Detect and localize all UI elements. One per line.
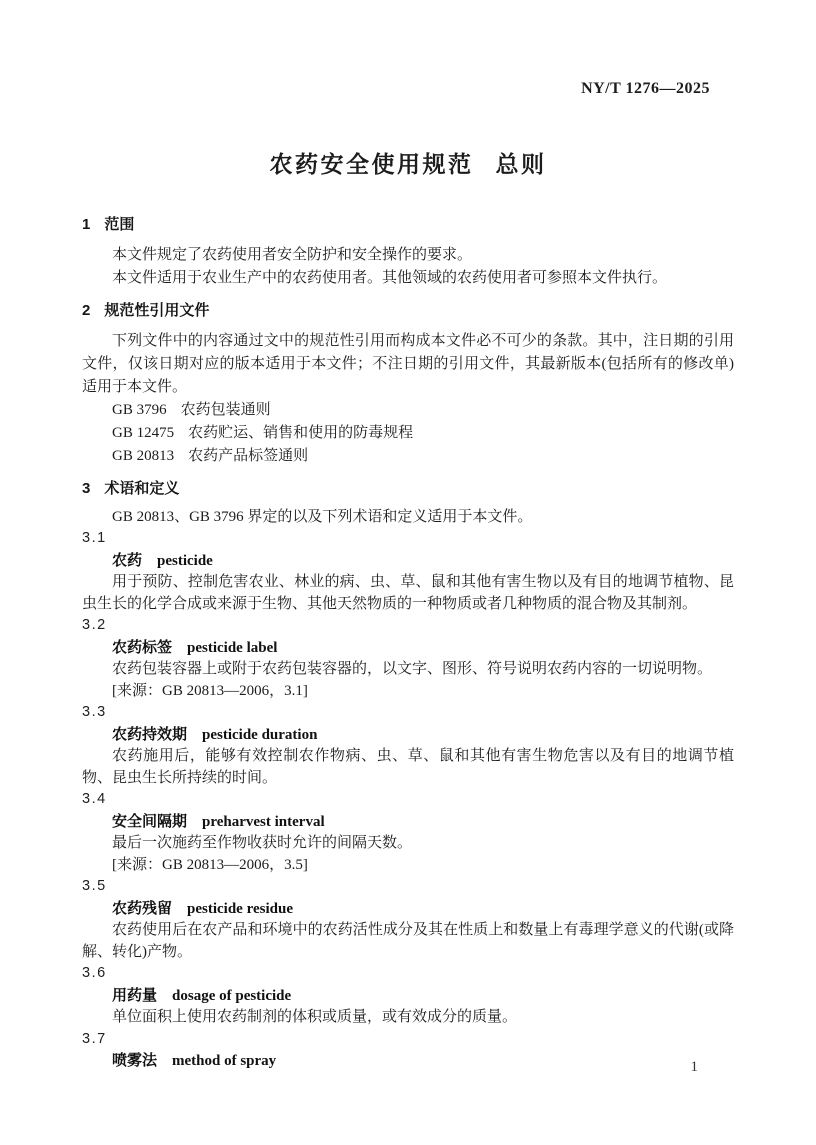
- term-definition: 农药使用后在农产品和环境中的农药活性成分及其在性质上和数量上有毒理学意义的代谢(…: [82, 920, 734, 963]
- term-name-en: method of spray: [172, 1053, 276, 1069]
- terms-list: 3.1 农药pesticide 用于预防、控制危害农业、林业的病、虫、草、鼠和其…: [82, 528, 734, 1073]
- reference-item: GB 3796农药包装通则: [112, 399, 734, 422]
- reference-list: GB 3796农药包装通则 GB 12475农药贮运、销售和使用的防毒规程 GB…: [82, 399, 734, 468]
- term-heading: 农药残留pesticide residue: [112, 898, 734, 921]
- reference-title: 农药包装通则: [181, 402, 271, 418]
- section-heading-text: 范围: [104, 216, 134, 233]
- clause-number: 3.4: [82, 789, 734, 811]
- term-3-4: 3.4 安全间隔期preharvest interval 最后一次施药至作物收获…: [82, 789, 734, 876]
- reference-title: 农药贮运、销售和使用的防毒规程: [188, 425, 413, 441]
- term-definition: 最后一次施药至作物收获时允许的间隔天数。: [82, 833, 734, 855]
- term-name-cn: 农药残留: [112, 900, 172, 917]
- term-heading: 用药量dosage of pesticide: [112, 985, 734, 1008]
- term-definition: 农药施用后，能够有效控制农作物病、虫、草、鼠和其他有害生物危害以及有目的地调节植…: [82, 746, 734, 789]
- clause-number: 3.1: [82, 528, 734, 550]
- section-2-heading: 2规范性引用文件: [82, 300, 734, 322]
- term-name-cn: 用药量: [112, 987, 157, 1004]
- clause-number: 3.3: [82, 702, 734, 724]
- term-3-5: 3.5 农药残留pesticide residue 农药使用后在农产品和环境中的…: [82, 876, 734, 963]
- term-3-6: 3.6 用药量dosage of pesticide 单位面积上使用农药制剂的体…: [82, 963, 734, 1029]
- reference-code: GB 12475: [112, 425, 174, 441]
- document-page: NY/T 1276—2025 农药安全使用规范总则 1范围 本文件规定了农药使用…: [0, 0, 816, 1145]
- section-heading-text: 规范性引用文件: [104, 302, 209, 319]
- term-name-en: pesticide duration: [202, 727, 317, 743]
- term-3-7: 3.7 喷雾法method of spray: [82, 1029, 734, 1073]
- term-3-3: 3.3 农药持效期pesticide duration 农药施用后，能够有效控制…: [82, 702, 734, 789]
- term-name-en: preharvest interval: [202, 814, 325, 830]
- term-definition: 单位面积上使用农药制剂的体积或质量，或有效成分的质量。: [82, 1007, 734, 1029]
- term-name-en: pesticide: [157, 553, 213, 569]
- term-3-2: 3.2 农药标签pesticide label 农药包装容器上或附于农药包装容器…: [82, 615, 734, 702]
- section-number: 3: [82, 480, 90, 497]
- section-1-heading: 1范围: [82, 214, 734, 236]
- page-number: 1: [691, 1059, 699, 1076]
- clause-number: 3.5: [82, 876, 734, 898]
- term-heading: 农药标签pesticide label: [112, 637, 734, 660]
- clause-number: 3.2: [82, 615, 734, 637]
- term-heading: 安全间隔期preharvest interval: [112, 811, 734, 834]
- paragraph-scope-2: 本文件适用于农业生产中的农药使用者。其他领域的农药使用者可参照本文件执行。: [82, 267, 734, 290]
- title-main: 农药安全使用规范: [270, 151, 474, 177]
- term-source: [来源：GB 20813—2006，3.1]: [112, 681, 734, 703]
- section-number: 1: [82, 216, 90, 233]
- clause-number: 3.7: [82, 1029, 734, 1051]
- standard-code: NY/T 1276—2025: [581, 80, 710, 98]
- term-name-cn: 农药标签: [112, 639, 172, 656]
- term-name-cn: 农药: [112, 552, 142, 569]
- paragraph-normative-intro: 下列文件中的内容通过文中的规范性引用而构成本文件必不可少的条款。其中，注日期的引…: [82, 330, 734, 399]
- term-name-cn: 农药持效期: [112, 726, 187, 743]
- section-number: 2: [82, 302, 90, 319]
- reference-item: GB 20813农药产品标签通则: [112, 445, 734, 468]
- term-heading: 农药pesticide: [112, 550, 734, 573]
- reference-code: GB 20813: [112, 448, 174, 464]
- term-heading: 农药持效期pesticide duration: [112, 724, 734, 747]
- term-name-cn: 安全间隔期: [112, 813, 187, 830]
- reference-title: 农药产品标签通则: [188, 448, 308, 464]
- section-heading-text: 术语和定义: [104, 480, 179, 497]
- paragraph-scope-1: 本文件规定了农药使用者安全防护和安全操作的要求。: [82, 244, 734, 267]
- term-name-en: dosage of pesticide: [172, 988, 291, 1004]
- title-sub: 总则: [496, 151, 547, 177]
- section-3-heading: 3术语和定义: [82, 478, 734, 500]
- term-name-en: pesticide residue: [187, 901, 293, 917]
- term-3-1: 3.1 农药pesticide 用于预防、控制危害农业、林业的病、虫、草、鼠和其…: [82, 528, 734, 615]
- term-name-en: pesticide label: [187, 640, 277, 656]
- document-body: 1范围 本文件规定了农药使用者安全防护和安全操作的要求。 本文件适用于农业生产中…: [82, 214, 734, 1073]
- paragraph-terms-intro: GB 20813、GB 3796 界定的以及下列术语和定义适用于本文件。: [82, 506, 734, 528]
- document-title: 农药安全使用规范总则: [0, 146, 816, 179]
- reference-item: GB 12475农药贮运、销售和使用的防毒规程: [112, 422, 734, 445]
- term-source: [来源：GB 20813—2006，3.5]: [112, 855, 734, 877]
- term-definition: 农药包装容器上或附于农药包装容器的，以文字、图形、符号说明农药内容的一切说明物。: [82, 659, 734, 681]
- term-name-cn: 喷雾法: [112, 1052, 157, 1069]
- term-definition: 用于预防、控制危害农业、林业的病、虫、草、鼠和其他有害生物以及有目的地调节植物、…: [82, 572, 734, 615]
- clause-number: 3.6: [82, 963, 734, 985]
- term-heading: 喷雾法method of spray: [112, 1050, 734, 1073]
- reference-code: GB 3796: [112, 402, 167, 418]
